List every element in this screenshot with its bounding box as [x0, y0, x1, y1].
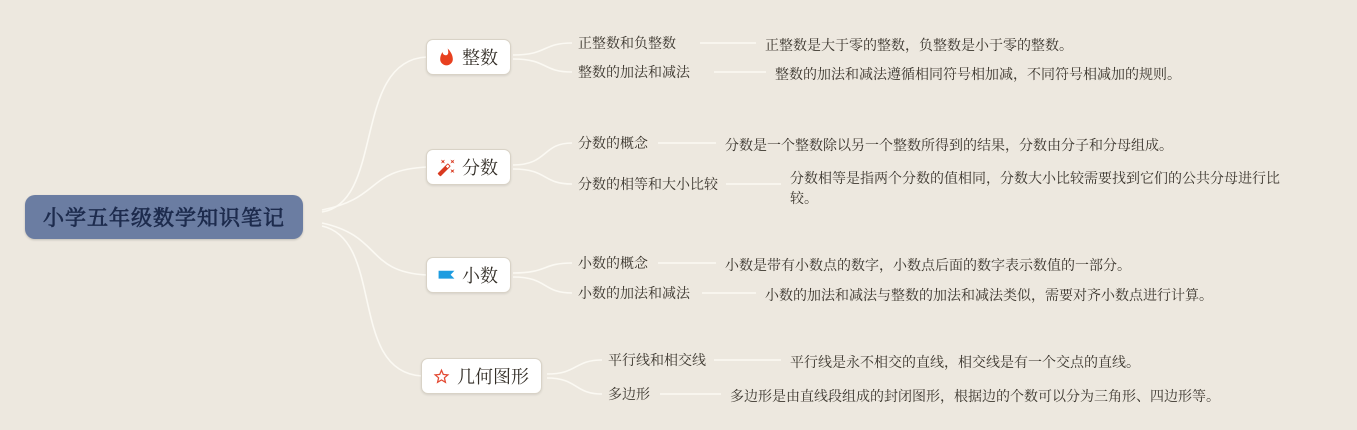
connector-line: [513, 43, 572, 55]
wand-icon: [437, 158, 456, 177]
branch-label: 小数: [462, 262, 498, 288]
topic-parallel-intersecting-lines[interactable]: 平行线和相交线: [608, 352, 706, 368]
connector-line: [513, 263, 572, 273]
note-parallel-intersecting-lines[interactable]: 平行线是永不相交的直线，相交线是有一个交点的直线。: [790, 352, 1140, 372]
connector-line: [322, 57, 427, 212]
topic-positive-negative-integers[interactable]: 正整数和负整数: [578, 35, 676, 51]
connector-line: [322, 223, 427, 275]
branch-node-decimals[interactable]: 小数: [426, 257, 511, 293]
topic-decimal-concept[interactable]: 小数的概念: [578, 255, 648, 271]
star-icon: [432, 367, 451, 386]
connector-line: [513, 277, 572, 293]
note-decimal-concept[interactable]: 小数是带有小数点的数字，小数点后面的数字表示数值的一部分。: [725, 255, 1131, 275]
connector-line: [547, 378, 602, 394]
connector-line: [547, 360, 602, 374]
note-integer-add-subtract[interactable]: 整数的加法和减法遵循相同符号相加减，不同符号相减加的规则。: [775, 64, 1181, 84]
branch-label: 几何图形: [457, 363, 529, 389]
flag-icon: [437, 266, 456, 285]
topic-integer-add-subtract[interactable]: 整数的加法和减法: [578, 64, 690, 80]
note-positive-negative-integers[interactable]: 正整数是大于零的整数，负整数是小于零的整数。: [765, 35, 1073, 55]
topic-decimal-add-subtract[interactable]: 小数的加法和减法: [578, 285, 690, 301]
connector-line: [513, 143, 572, 165]
topic-fraction-concept[interactable]: 分数的概念: [578, 135, 648, 151]
mindmap-canvas: 小学五年级数学知识笔记 整数 正整数和负整数 正整数是大于零的整数，负整数是小于…: [0, 0, 1357, 430]
note-fraction-compare[interactable]: 分数相等是指两个分数的值相同，分数大小比较需要找到它们的公共分母进行比较。: [790, 168, 1288, 208]
connector-line: [322, 167, 427, 210]
note-fraction-concept[interactable]: 分数是一个整数除以另一个整数所得到的结果，分数由分子和分母组成。: [725, 135, 1173, 155]
branch-label: 分数: [462, 154, 498, 180]
branch-node-integers[interactable]: 整数: [426, 39, 511, 75]
branch-node-fractions[interactable]: 分数: [426, 149, 511, 185]
branch-label: 整数: [462, 44, 498, 70]
connector-line: [513, 169, 572, 184]
root-node[interactable]: 小学五年级数学知识笔记: [25, 195, 303, 239]
topic-polygon[interactable]: 多边形: [608, 386, 650, 402]
flame-icon: [437, 48, 456, 67]
topic-fraction-compare[interactable]: 分数的相等和大小比较: [578, 176, 718, 192]
connector-line: [322, 226, 422, 376]
note-decimal-add-subtract[interactable]: 小数的加法和减法与整数的加法和减法类似，需要对齐小数点进行计算。: [765, 285, 1213, 305]
branch-node-geometry[interactable]: 几何图形: [421, 358, 542, 394]
connector-line: [513, 59, 572, 72]
note-polygon[interactable]: 多边形是由直线段组成的封闭图形，根据边的个数可以分为三角形、四边形等。: [730, 386, 1220, 406]
